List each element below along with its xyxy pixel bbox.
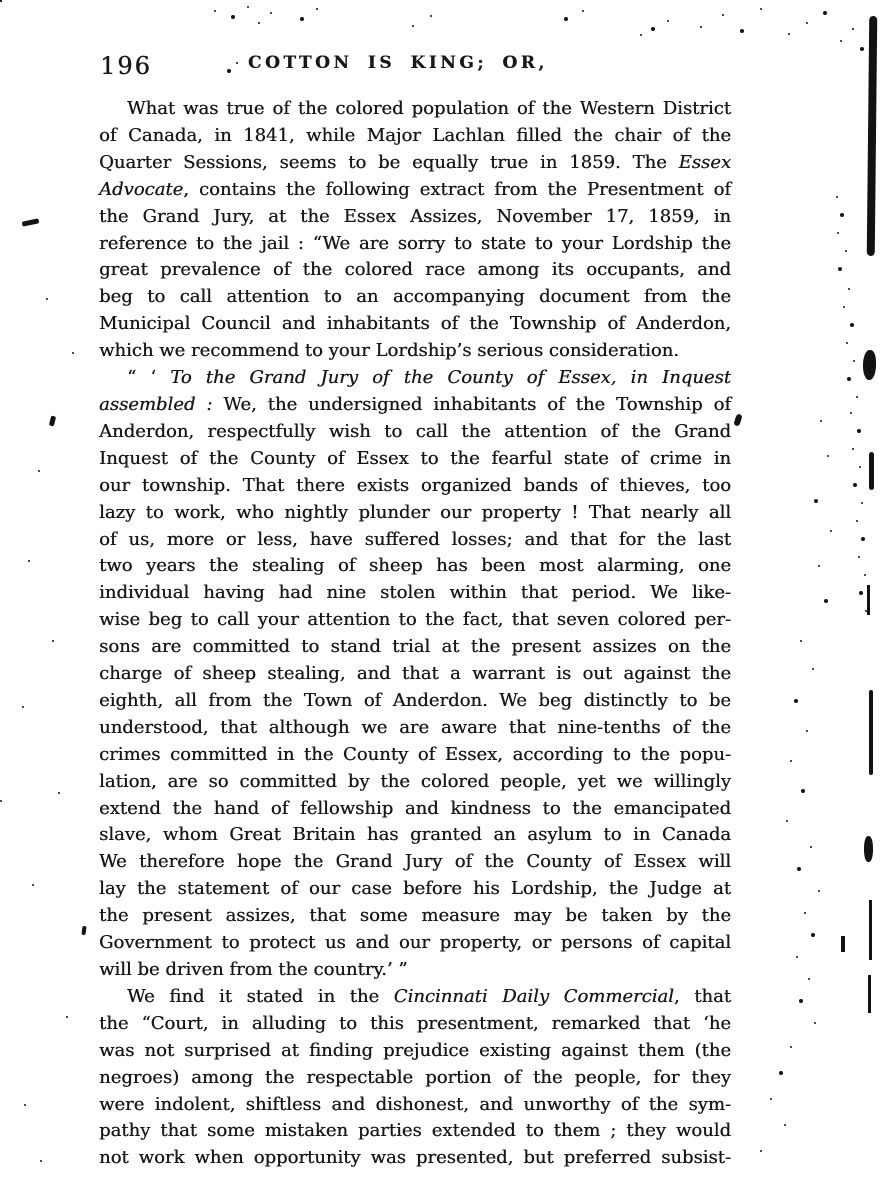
text-line: lation, are so committed by the colored … <box>99 769 731 796</box>
text-line: We therefore hope the Grand Jury of the … <box>99 849 731 876</box>
text-line: Advocate, contains the following extract… <box>99 177 731 204</box>
text-line: eighth, all from the Town of Anderdon. W… <box>99 688 731 715</box>
text-line: negroes) among the respectable portion o… <box>99 1065 731 1092</box>
scan-mark-apostrophe <box>49 416 56 427</box>
text-segment: our township. That there exists organize… <box>99 475 731 496</box>
scan-noise-left <box>0 0 2 2</box>
text-segment: We, the undersigned inhabitants of the T… <box>212 394 731 415</box>
scan-edge-streak <box>868 975 871 1013</box>
text-line: pathy that some mistaken parties extende… <box>99 1118 731 1145</box>
text-line: What was true of the colored population … <box>99 96 731 123</box>
text-segment: wise beg to call your attention to the f… <box>99 609 731 630</box>
text-segment: lazy to work, who nightly plunder our pr… <box>99 502 731 523</box>
text-segment: individual having had nine stolen within… <box>99 582 731 603</box>
text-segment: beg to call attention to an accompanying… <box>99 286 731 307</box>
scan-mark-apostrophe <box>81 926 86 935</box>
text-segment: Inquest of the County of Essex to the fe… <box>99 448 731 469</box>
text-line: We find it stated in the Cincinnati Dail… <box>99 984 731 1011</box>
scan-noise-lower-right <box>0 800 2 802</box>
text-line: assembled : We, the undersigned inhabita… <box>99 392 731 419</box>
text-line: understood, that although we are aware t… <box>99 715 731 742</box>
text-segment: What was true of the colored population … <box>127 98 731 119</box>
text-segment: was not surprised at finding prejudice e… <box>99 1040 731 1061</box>
scan-edge-blot <box>863 350 876 380</box>
text-line: of Canada, in 1841, while Major Lachlan … <box>99 123 731 150</box>
scan-edge-streak <box>869 452 874 490</box>
text-segment: the present assizes, that some measure m… <box>99 905 731 926</box>
text-segment: “ ‘ <box>127 367 170 388</box>
text-line: lazy to work, who nightly plunder our pr… <box>99 500 731 527</box>
text-segment: great prevalence of the colored race amo… <box>99 259 731 280</box>
text-line: of us, more or less, have suffered losse… <box>99 527 731 554</box>
page-number: 196 <box>100 52 152 80</box>
text-line: reference to the jail : “We are sorry to… <box>99 231 731 258</box>
paragraph: We find it stated in the Cincinnati Dail… <box>99 984 731 1172</box>
text-segment: Quarter Sessions, seems to be equally tr… <box>99 152 679 173</box>
text-segment: Government to protect us and our propert… <box>99 932 731 953</box>
text-segment: negroes) among the respectable portion o… <box>99 1067 731 1088</box>
text-segment: , that <box>674 986 731 1007</box>
text-line: crimes committed in the County of Essex,… <box>99 742 731 769</box>
book-page: 196 COTTON IS KING; OR, What was true of… <box>0 0 881 1200</box>
scan-edge-streak <box>869 900 872 960</box>
text-segment: sons are committed to stand trial at the… <box>99 636 731 657</box>
text-line: not work when opportunity was presented,… <box>99 1145 731 1172</box>
text-segment: charge of sheep stealing, and that a war… <box>99 663 731 684</box>
italic-text: Cincinnati Daily Commercial <box>394 986 674 1007</box>
text-segment: pathy that some mistaken parties extende… <box>99 1120 731 1141</box>
paragraph: “ ‘ To the Grand Jury of the County of E… <box>99 365 731 984</box>
text-segment: eighth, all from the Town of Anderdon. W… <box>99 690 731 711</box>
text-line: was not surprised at finding prejudice e… <box>99 1038 731 1065</box>
text-line: charge of sheep stealing, and that a war… <box>99 661 731 688</box>
text-line: lay the statement of our case before his… <box>99 876 731 903</box>
text-segment: lay the statement of our case before his… <box>99 878 731 899</box>
text-line: Inquest of the County of Essex to the fe… <box>99 446 731 473</box>
text-line: Quarter Sessions, seems to be equally tr… <box>99 150 731 177</box>
text-segment: not work when opportunity was presented,… <box>99 1147 731 1168</box>
text-segment: the “Court, in alluding to this presentm… <box>99 1013 731 1034</box>
text-segment: which we recommend to your Lordship’s se… <box>99 340 679 361</box>
text-line: “ ‘ To the Grand Jury of the County of E… <box>99 365 731 392</box>
running-header: COTTON IS KING; OR, <box>248 53 548 73</box>
text-line: which we recommend to your Lordship’s se… <box>99 338 731 365</box>
text-line: were indolent, shiftless and dishonest, … <box>99 1092 731 1119</box>
text-line: our township. That there exists organize… <box>99 473 731 500</box>
text-segment: Anderdon, respectfully wish to call the … <box>99 421 731 442</box>
text-line: two years the stealing of sheep has been… <box>99 553 731 580</box>
text-line: Government to protect us and our propert… <box>99 930 731 957</box>
text-line: sons are committed to stand trial at the… <box>99 634 731 661</box>
italic-text: To the Grand Jury of the County of Essex… <box>170 367 731 388</box>
text-line: will be driven from the country.’ ” <box>99 957 731 984</box>
text-line: beg to call attention to an accompanying… <box>99 284 731 311</box>
text-line: individual having had nine stolen within… <box>99 580 731 607</box>
paragraph: What was true of the colored population … <box>99 96 731 365</box>
text-line: the present assizes, that some measure m… <box>99 903 731 930</box>
text-segment: of us, more or less, have suffered losse… <box>99 529 731 550</box>
text-segment: slave, whom Great Britain has granted an… <box>99 824 731 845</box>
text-segment: extend the hand of fellowship and kindne… <box>99 798 731 819</box>
text-segment: crimes committed in the County of Essex,… <box>99 744 731 765</box>
scan-edge-blot <box>864 836 873 862</box>
scan-edge-streak <box>867 16 878 256</box>
text-segment: lation, are so committed by the colored … <box>99 771 731 792</box>
text-segment: We therefore hope the Grand Jury of the … <box>99 851 731 872</box>
page-body: What was true of the colored population … <box>99 96 731 1172</box>
italic-text: Advocate <box>99 179 183 200</box>
text-line: slave, whom Great Britain has granted an… <box>99 822 731 849</box>
text-line: wise beg to call your attention to the f… <box>99 607 731 634</box>
text-segment: the Grand Jury, at the Essex Assizes, No… <box>99 206 731 227</box>
text-segment: Municipal Council and inhabitants of the… <box>99 313 731 334</box>
text-segment: understood, that although we are aware t… <box>99 717 731 738</box>
italic-text: assembled : <box>99 394 212 415</box>
text-line: great prevalence of the colored race amo… <box>99 257 731 284</box>
text-line: Municipal Council and inhabitants of the… <box>99 311 731 338</box>
text-segment: , contains the following extract from th… <box>183 179 731 200</box>
text-segment: will be driven from the country.’ ” <box>99 959 408 980</box>
scan-mark-blot <box>733 413 742 426</box>
scan-mark-tick <box>841 936 845 952</box>
text-line: extend the hand of fellowship and kindne… <box>99 796 731 823</box>
text-line: Anderdon, respectfully wish to call the … <box>99 419 731 446</box>
text-segment: of Canada, in 1841, while Major Lachlan … <box>99 125 731 146</box>
text-segment: two years the stealing of sheep has been… <box>99 555 731 576</box>
text-line: the Grand Jury, at the Essex Assizes, No… <box>99 204 731 231</box>
scan-mark-dash <box>22 218 40 226</box>
text-segment: were indolent, shiftless and dishonest, … <box>99 1094 731 1115</box>
scan-edge-streak <box>867 585 870 615</box>
text-segment: reference to the jail : “We are sorry to… <box>99 233 731 254</box>
text-segment: We find it stated in the <box>127 986 394 1007</box>
text-line: the “Court, in alluding to this presentm… <box>99 1011 731 1038</box>
italic-text: Essex <box>679 152 731 173</box>
scan-edge-streak <box>869 690 873 775</box>
